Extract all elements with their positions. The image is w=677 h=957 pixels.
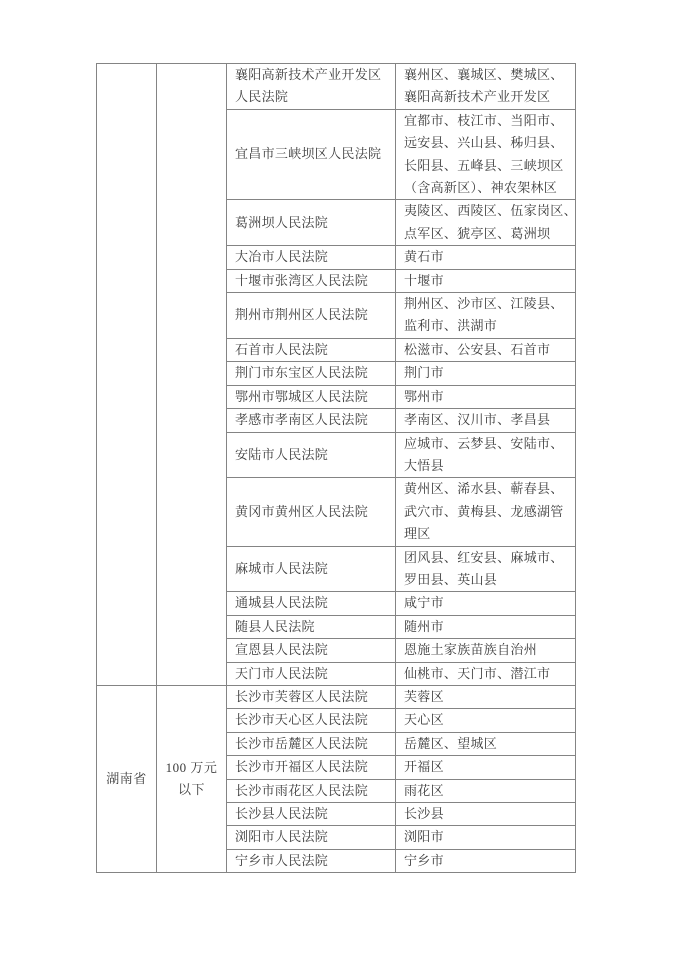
jurisdiction-cell: 仙桃市、天门市、潜江市 — [396, 662, 576, 685]
court-cell: 通城县人民法院 — [227, 592, 396, 615]
court-cell: 宜昌市三峡坝区人民法院 — [227, 109, 396, 200]
jurisdiction-cell: 团风县、红安县、麻城市、 罗田县、英山县 — [396, 546, 576, 592]
jurisdiction-cell: 岳麓区、望城区 — [396, 732, 576, 755]
jurisdiction-cell: 浏阳市 — [396, 826, 576, 849]
court-cell: 孝感市孝南区人民法院 — [227, 409, 396, 432]
court-cell: 麻城市人民法院 — [227, 546, 396, 592]
jurisdiction-cell: 黄州区、浠水县、蕲春县、 武穴市、黄梅县、龙感湖管 理区 — [396, 478, 576, 546]
court-cell: 安陆市人民法院 — [227, 432, 396, 478]
jurisdiction-cell: 芙蓉区 — [396, 685, 576, 708]
jurisdiction-cell: 雨花区 — [396, 779, 576, 802]
jurisdiction-cell: 长沙县 — [396, 803, 576, 826]
jurisdiction-cell: 夷陵区、西陵区、伍家岗区、 点军区、猇亭区、葛洲坝 — [396, 200, 576, 246]
court-cell: 荆州市荆州区人民法院 — [227, 293, 396, 339]
jurisdiction-cell: 随州市 — [396, 615, 576, 638]
court-cell: 长沙市雨花区人民法院 — [227, 779, 396, 802]
court-cell: 十堰市张湾区人民法院 — [227, 269, 396, 292]
province-cell — [97, 64, 157, 686]
jurisdiction-cell: 恩施土家族苗族自治州 — [396, 639, 576, 662]
jurisdiction-cell: 十堰市 — [396, 269, 576, 292]
amount-cell: 100 万元 以下 — [157, 685, 227, 872]
court-cell: 长沙市芙蓉区人民法院 — [227, 685, 396, 708]
document-page: 襄阳高新技术产业开发区 人民法院 襄州区、襄城区、樊城区、 襄阳高新技术产业开发… — [0, 0, 677, 957]
jurisdiction-cell: 宜都市、枝江市、当阳市、 远安县、兴山县、秭归县、 长阳县、五峰县、三峡坝区 （… — [396, 109, 576, 200]
court-table-body: 襄阳高新技术产业开发区 人民法院 襄州区、襄城区、樊城区、 襄阳高新技术产业开发… — [97, 64, 576, 873]
court-cell: 鄂州市鄂城区人民法院 — [227, 385, 396, 408]
court-cell: 长沙市天心区人民法院 — [227, 709, 396, 732]
court-cell: 长沙县人民法院 — [227, 803, 396, 826]
court-cell: 天门市人民法院 — [227, 662, 396, 685]
court-cell: 宁乡市人民法院 — [227, 849, 396, 872]
jurisdiction-cell: 鄂州市 — [396, 385, 576, 408]
court-cell: 葛洲坝人民法院 — [227, 200, 396, 246]
jurisdiction-cell: 开福区 — [396, 756, 576, 779]
jurisdiction-cell: 孝南区、汉川市、孝昌县 — [396, 409, 576, 432]
table-row: 襄阳高新技术产业开发区 人民法院 襄州区、襄城区、樊城区、 襄阳高新技术产业开发… — [97, 64, 576, 110]
jurisdiction-table: 襄阳高新技术产业开发区 人民法院 襄州区、襄城区、樊城区、 襄阳高新技术产业开发… — [96, 63, 576, 873]
jurisdiction-cell: 宁乡市 — [396, 849, 576, 872]
jurisdiction-cell: 松滋市、公安县、石首市 — [396, 338, 576, 361]
jurisdiction-cell: 襄州区、襄城区、樊城区、 襄阳高新技术产业开发区 — [396, 64, 576, 110]
court-cell: 浏阳市人民法院 — [227, 826, 396, 849]
court-cell: 长沙市开福区人民法院 — [227, 756, 396, 779]
court-cell: 黄冈市黄州区人民法院 — [227, 478, 396, 546]
jurisdiction-cell: 咸宁市 — [396, 592, 576, 615]
jurisdiction-cell: 天心区 — [396, 709, 576, 732]
court-cell: 长沙市岳麓区人民法院 — [227, 732, 396, 755]
jurisdiction-cell: 应城市、云梦县、安陆市、 大悟县 — [396, 432, 576, 478]
jurisdiction-cell: 黄石市 — [396, 246, 576, 269]
amount-cell — [157, 64, 227, 686]
court-cell: 随县人民法院 — [227, 615, 396, 638]
court-cell: 大冶市人民法院 — [227, 246, 396, 269]
jurisdiction-cell: 荆州区、沙市区、江陵县、 监利市、洪湖市 — [396, 293, 576, 339]
jurisdiction-cell: 荆门市 — [396, 362, 576, 385]
court-cell: 宣恩县人民法院 — [227, 639, 396, 662]
court-cell: 石首市人民法院 — [227, 338, 396, 361]
table-row: 湖南省100 万元 以下长沙市芙蓉区人民法院 芙蓉区 — [97, 685, 576, 708]
court-cell: 荆门市东宝区人民法院 — [227, 362, 396, 385]
province-cell: 湖南省 — [97, 685, 157, 872]
court-cell: 襄阳高新技术产业开发区 人民法院 — [227, 64, 396, 110]
